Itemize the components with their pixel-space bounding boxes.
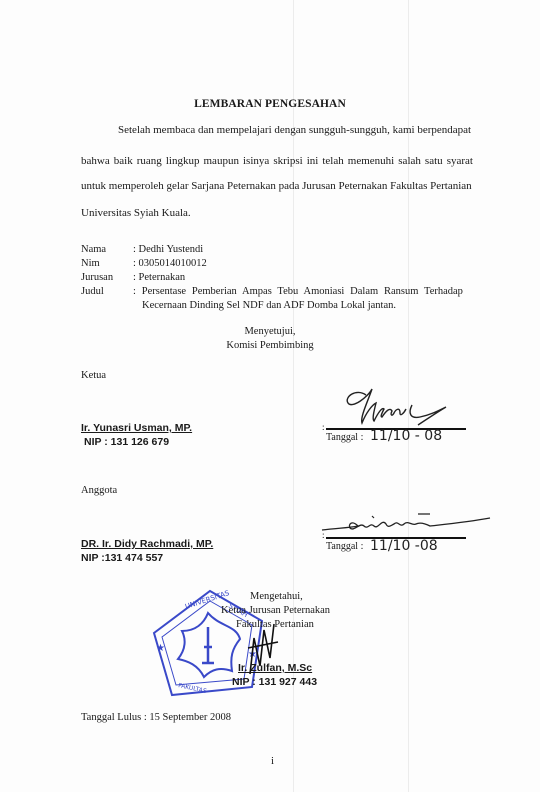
approval-heading: Menyetujui, [0,326,540,337]
ketua-role: Ketua [81,370,106,381]
info-label-jurusan: Jurusan [81,271,113,285]
date-label: Tanggal : [326,541,363,552]
paragraph-line: bahwa baik ruang lingkup maupun isinya s… [81,155,473,167]
info-label-nama: Nama [81,243,106,257]
info-label-judul: Judul [81,285,104,299]
head-name: Ir. Zulfan, M.Sc [238,662,312,674]
advisor-nip: NIP :131 474 557 [81,552,163,564]
signature-anggota [318,510,508,540]
info-value-nama: : Dedhi Yustendi [133,243,203,257]
advisor-name: DR. Ir. Didy Rachmadi, MP. [81,538,213,550]
handwritten-date: 11/10 -08 [370,538,438,554]
advisor-nip: NIP : 131 126 679 [84,436,169,448]
acknowledged-title: Ketua Jurusan Peternakan [221,605,330,616]
page-number: i [271,755,274,767]
svg-text:★: ★ [156,643,165,654]
info-label-nim: Nim [81,257,100,271]
anggota-role: Anggota [81,485,117,496]
head-nip: NIP : 131 927 443 [232,676,317,688]
approval-subheading: Komisi Pembimbing [0,340,540,351]
paragraph-line: Universitas Syiah Kuala. [81,207,191,219]
acknowledged-heading: Mengetahui, [250,591,303,602]
advisor-name: Ir. Yunasri Usman, MP. [81,422,192,434]
paragraph-line: untuk memperoleh gelar Sarjana Peternaka… [81,180,472,192]
info-value-judul: : Persentase Pemberian Ampas Tebu Amonia… [133,285,463,299]
signature-colon: : [322,422,325,432]
paragraph-line: Setelah membaca dan mempelajari dengan s… [118,124,471,136]
info-value-nim: : 0305014010012 [133,257,207,271]
handwritten-date: 11/10 - 08 [370,428,442,444]
signature-ketua [338,383,453,428]
info-value-judul-continuation: Kecernaan Dinding Sel NDF dan ADF Domba … [142,299,396,313]
info-value-jurusan: : Peternakan [133,271,185,285]
page-title: LEMBARAN PENGESAHAN [0,98,540,110]
signature-colon: : [322,530,325,540]
graduation-date: Tanggal Lulus : 15 September 2008 [81,712,231,723]
date-label: Tanggal : [326,432,363,443]
